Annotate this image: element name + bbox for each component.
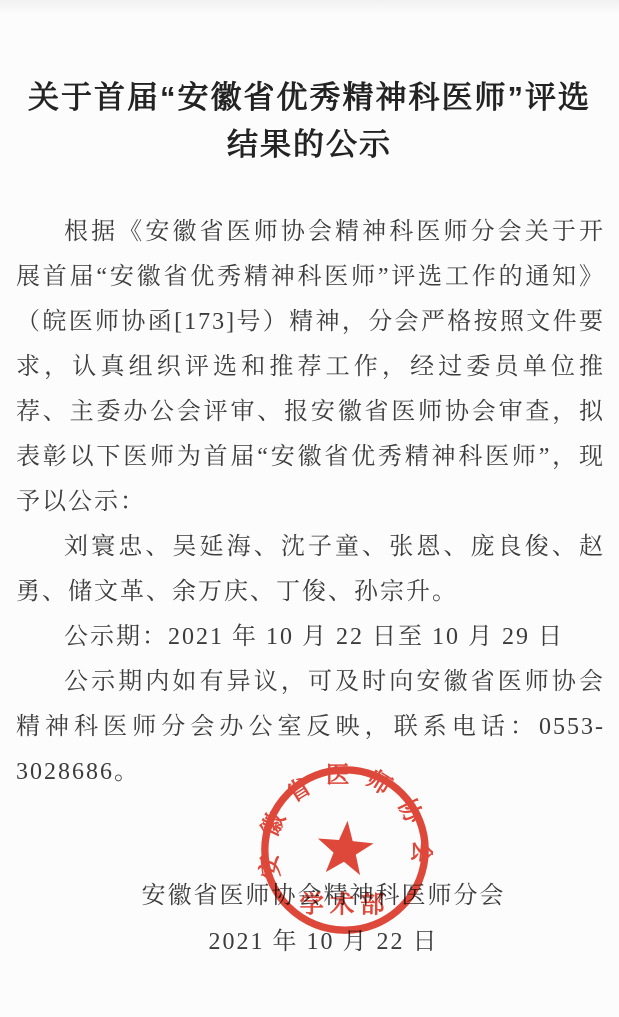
page-title-line1: 关于首届“安徽省优秀精神科医师”评选 — [28, 80, 591, 115]
document-body: 根据《安徽省医师协会精神科医师分会关于开展首届“安徽省优秀精神科医师”评选工作的… — [0, 210, 619, 795]
paragraph-basis: 根据《安徽省医师协会精神科医师分会关于开展首届“安徽省优秀精神科医师”评选工作的… — [16, 210, 605, 525]
signature-organization: 安徽省医师协会精神科医师分会 — [14, 873, 619, 919]
page-title-line2: 结果的公示 — [227, 127, 392, 162]
seal-star-icon — [315, 818, 375, 876]
page-title: 关于首届“安徽省优秀精神科医师”评选 结果的公示 — [0, 0, 619, 168]
paragraph-awardee-names: 刘寰忠、吴延海、沈子童、张恩、庞良俊、赵勇、储文革、余万庆、丁俊、孙宗升。 — [16, 525, 605, 615]
signature-date: 2021 年 10 月 22 日 — [14, 919, 619, 965]
announcement-document: 关于首届“安徽省优秀精神科医师”评选 结果的公示 根据《安徽省医师协会精神科医师… — [0, 0, 619, 1017]
paragraph-publicity-period: 公示期：2021 年 10 月 22 日至 10 月 29 日 — [16, 615, 605, 660]
paragraph-contact: 公示期内如有异议，可及时向安徽省医师协会精神科医师分会办公室反映，联系电话：05… — [16, 660, 605, 795]
signature-block: 安徽省医师协会精神科医师分会 2021 年 10 月 22 日 — [14, 873, 619, 965]
